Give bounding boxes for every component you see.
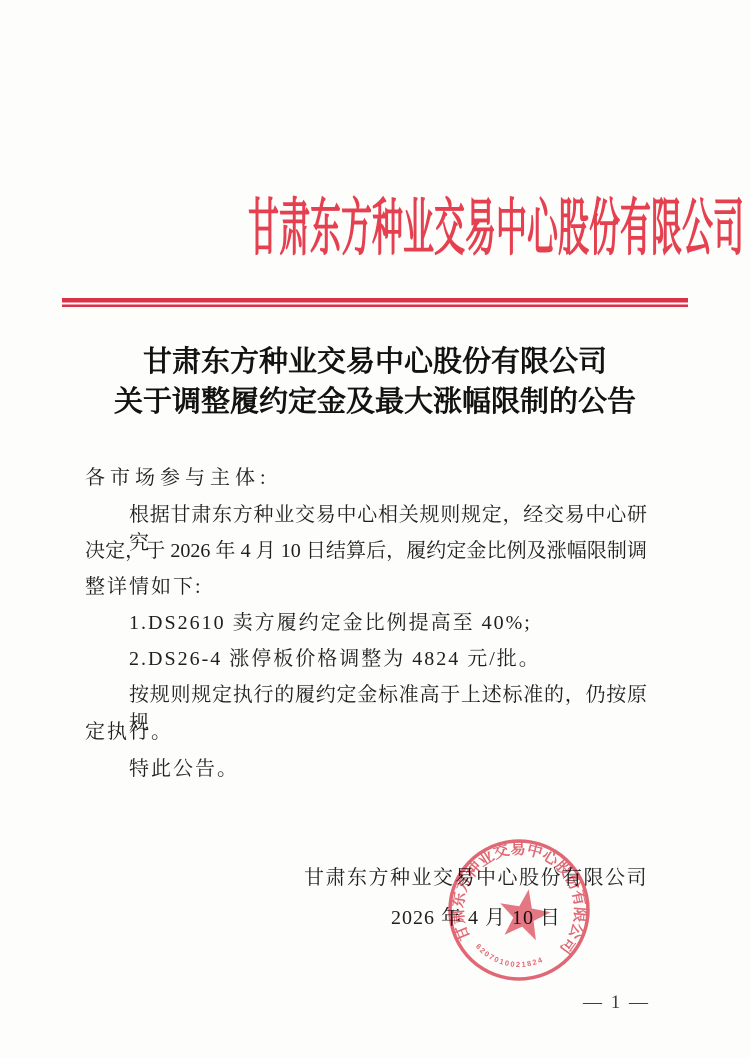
svg-text:甘肃东方种业交易中心股份有限公司: 甘肃东方种业交易中心股份有限公司 xyxy=(441,828,601,965)
company-masthead-text: 甘肃东方种业交易中心股份有限公司 xyxy=(248,192,744,267)
page-number: — 1 — xyxy=(583,992,650,1014)
company-masthead: 甘肃东方种业交易中心股份有限公司 xyxy=(0,192,750,282)
announcement-title-line1: 甘肃东方种业交易中心股份有限公司 xyxy=(0,342,750,382)
list-item-2: 2.DS26-4 涨停板价格调整为 4824 元/批。 xyxy=(85,645,647,673)
company-seal: 甘肃东方种业交易中心股份有限公司 6207010021824 xyxy=(431,822,607,998)
closing-line: 特此公告。 xyxy=(85,755,647,783)
seal-star-icon xyxy=(495,885,554,942)
list-item-1: 1.DS2610 卖方履约定金比例提高至 40%; xyxy=(85,609,647,637)
body-line: 整详情如下: xyxy=(85,573,647,601)
seal-company-text: 甘肃东方种业交易中心股份有限公司 xyxy=(441,828,601,965)
announcement-title-line2: 关于调整履约定金及最大涨幅限制的公告 xyxy=(0,382,750,422)
document-page: 甘肃东方种业交易中心股份有限公司 甘肃东方种业交易中心股份有限公司 关于调整履约… xyxy=(0,0,750,1059)
red-divider-rule xyxy=(62,298,688,307)
body-line: 定执行。 xyxy=(85,718,647,746)
body-line: 决定，于 2026 年 4 月 10 日结算后，履约定金比例及涨幅限制调 xyxy=(85,537,647,565)
salutation: 各市场参与主体: xyxy=(85,464,647,492)
